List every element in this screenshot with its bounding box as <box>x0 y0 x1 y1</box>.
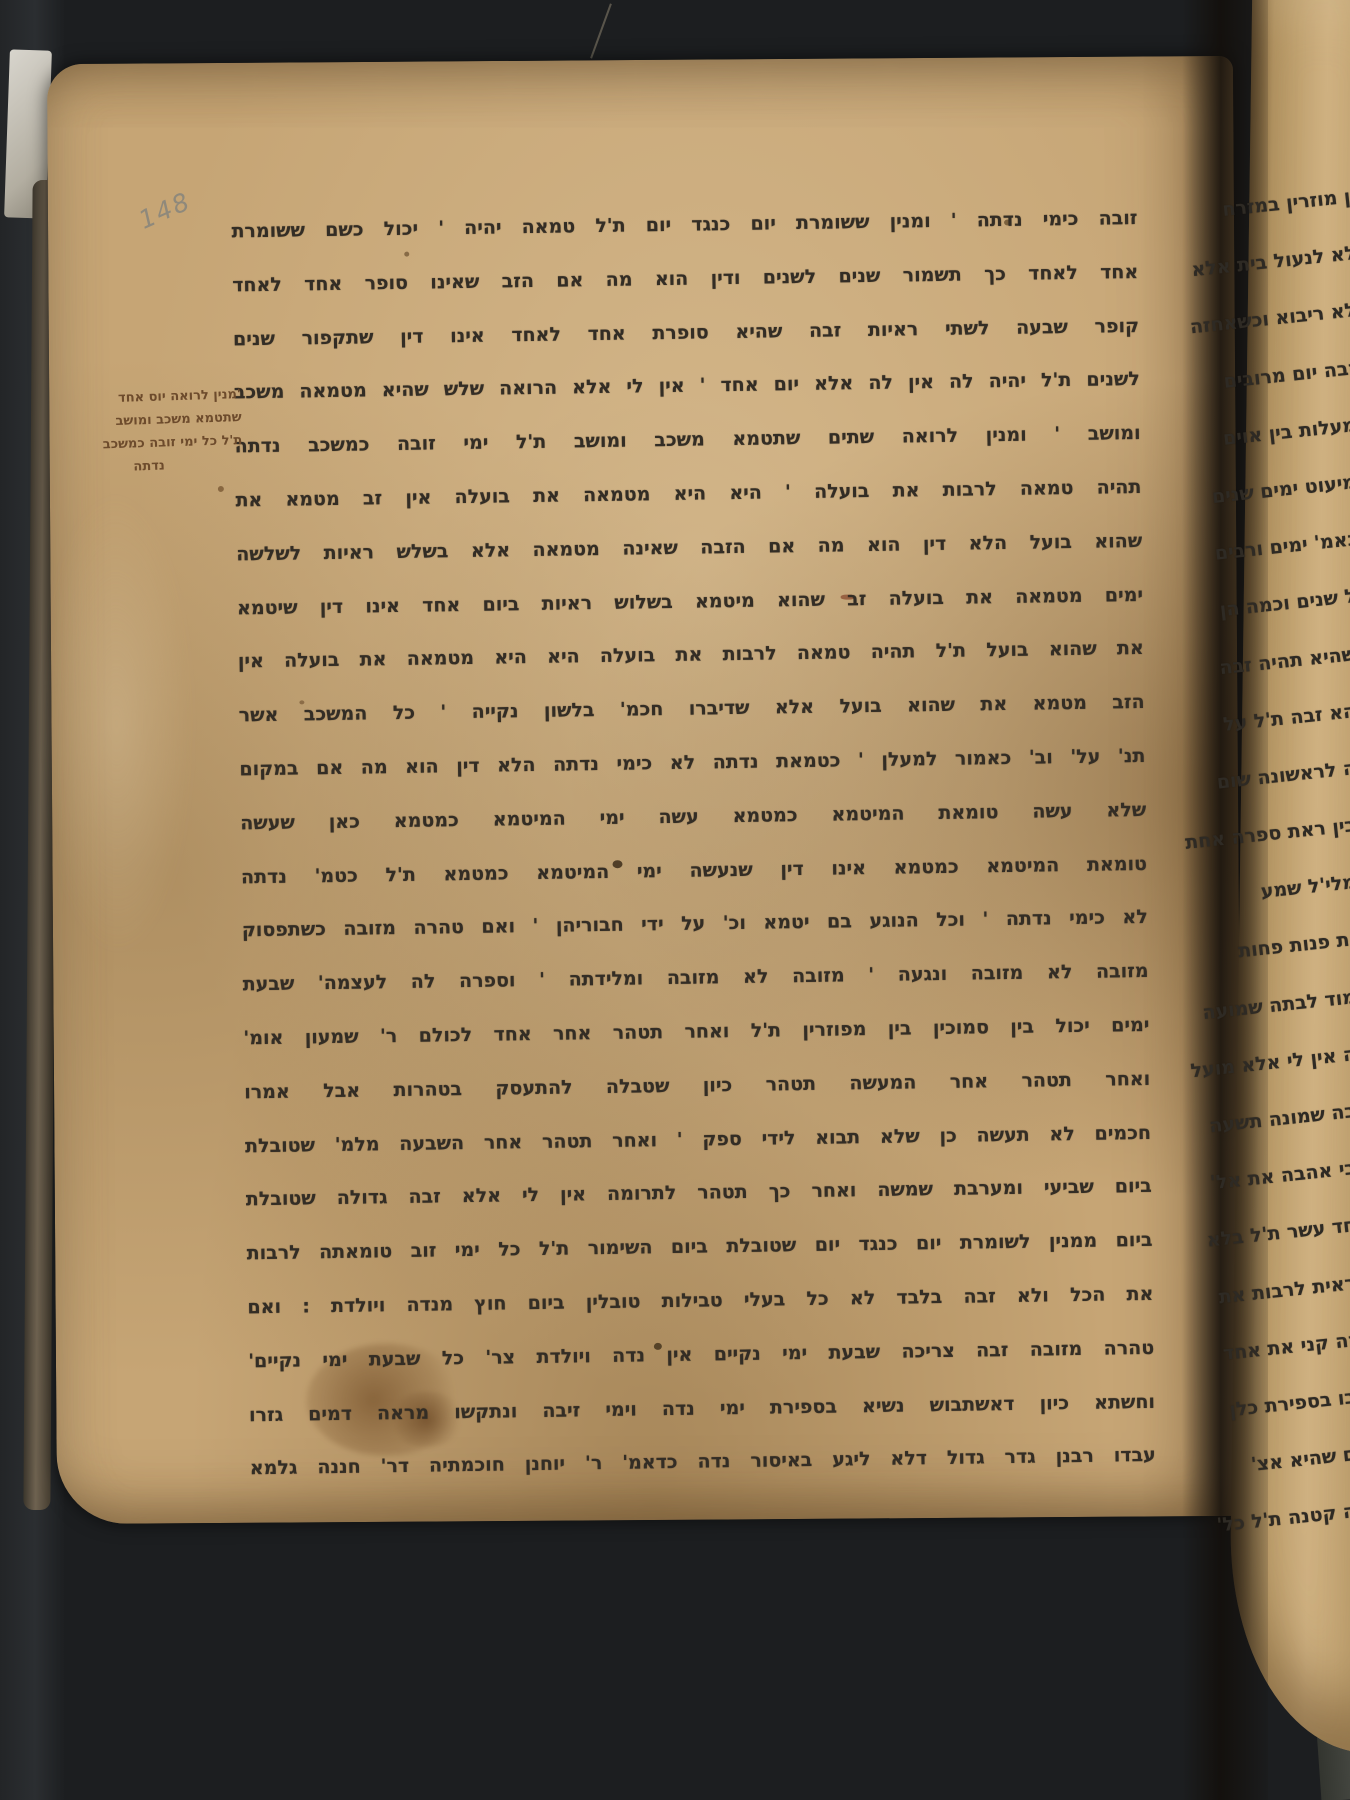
main-text-block: זובה כימי נדתה ' ומנין ששומרת יום כנגד י… <box>231 192 1156 1496</box>
right-page-text-fragments: ין מוזרין במזרח לא לנעול בית אלא לא ריבו… <box>1156 168 1350 1541</box>
ink-speck <box>218 486 224 492</box>
manuscript-photo: 148 'מנין לרואה יוס אחד שתטמא משכב ומושב… <box>0 0 1350 1800</box>
margin-note: 'מנין לרואה יוס אחד שתטמא משכב ומושב ת'ל… <box>53 383 244 481</box>
background-scratch <box>590 3 612 58</box>
worn-patch <box>40 493 193 954</box>
